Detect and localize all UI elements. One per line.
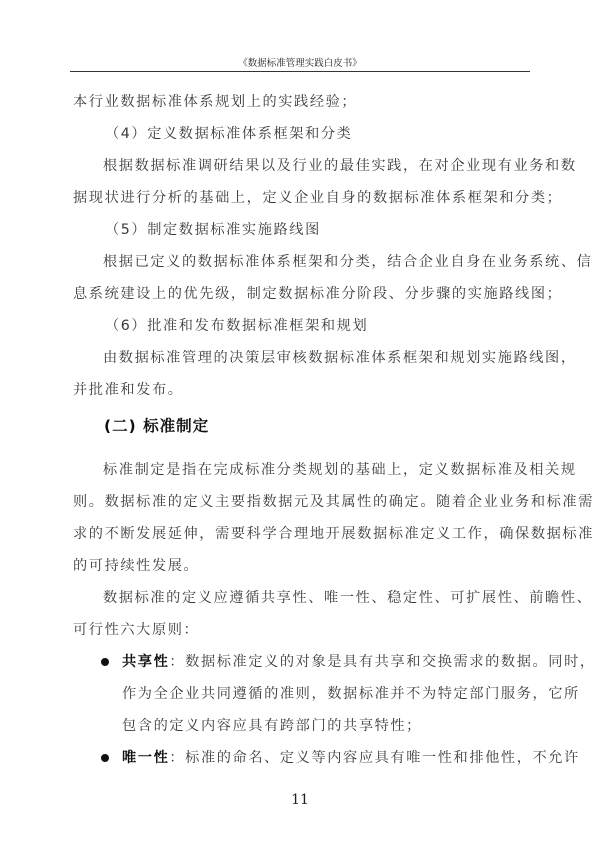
- paragraph-line: 由数据标准管理的决策层审核数据标准体系框架和规划实施路线图，: [103, 348, 577, 368]
- paragraph-line: 数据标准的定义应遵循共享性、唯一性、稳定性、可扩展性、前瞻性、: [103, 588, 592, 608]
- list-heading-4: （4）定义数据标准体系框架和分类: [105, 124, 352, 144]
- bullet-text-line: 作为全企业共同遵循的准则，数据标准并不为特定部门服务，它所: [122, 684, 580, 704]
- bullet-icon: [101, 658, 109, 666]
- section-heading: (二) 标准制定: [104, 414, 209, 436]
- list-heading-6: （6）批准和发布数据标准框架和规划: [105, 316, 368, 336]
- bullet-text-line: 包含的定义内容应具有跨部门的共享特性；: [122, 716, 422, 736]
- bullet-term: 共享性: [122, 654, 169, 670]
- bullet-item-sharing: 共享性：数据标准定义的对象是具有共享和交换需求的数据。同时，: [122, 652, 596, 672]
- paragraph-line: 息系统建设上的优先级，制定数据标准分阶段、分步骤的实施路线图；: [73, 284, 562, 304]
- header-rule: [70, 71, 530, 72]
- paragraph-line: 的可持续性发展。: [73, 556, 199, 576]
- paragraph-line: 根据已定义的数据标准体系框架和分类，结合企业自身在业务系统、信: [103, 252, 592, 272]
- bullet-text: ：数据标准定义的对象是具有共享和交换需求的数据。同时，: [169, 654, 595, 670]
- list-heading-5: （5）制定数据标准实施路线图: [105, 220, 321, 240]
- bullet-term: 唯一性: [122, 750, 169, 766]
- paragraph-line: 可行性六大原则：: [73, 620, 199, 640]
- page-number: 11: [0, 792, 600, 808]
- bullet-text: ：标准的命名、定义等内容应具有唯一性和排他性，不允许: [169, 750, 579, 766]
- page-header-title: 《数据标准管理实践白皮书》: [0, 55, 600, 69]
- paragraph-line: 并批准和发布。: [73, 380, 184, 400]
- paragraph-line: 据现状进行分析的基础上，定义企业自身的数据标准体系框架和分类；: [73, 188, 562, 208]
- paragraph-line: 则。数据标准的定义主要指数据元及其属性的确定。随着企业业务和标准需: [73, 492, 594, 512]
- bullet-icon: [101, 754, 109, 762]
- paragraph-line: 本行业数据标准体系规划上的实践经验；: [73, 92, 357, 112]
- paragraph-line: 标准制定是指在完成标准分类规划的基础上，定义数据标准及相关规: [103, 460, 577, 480]
- paragraph-line: 根据数据标准调研结果以及行业的最佳实践，在对企业现有业务和数: [103, 156, 577, 176]
- bullet-item-uniqueness: 唯一性：标准的命名、定义等内容应具有唯一性和排他性，不允许: [122, 748, 580, 768]
- paragraph-line: 求的不断发展延伸，需要科学合理地开展数据标准定义工作，确保数据标准: [73, 524, 594, 544]
